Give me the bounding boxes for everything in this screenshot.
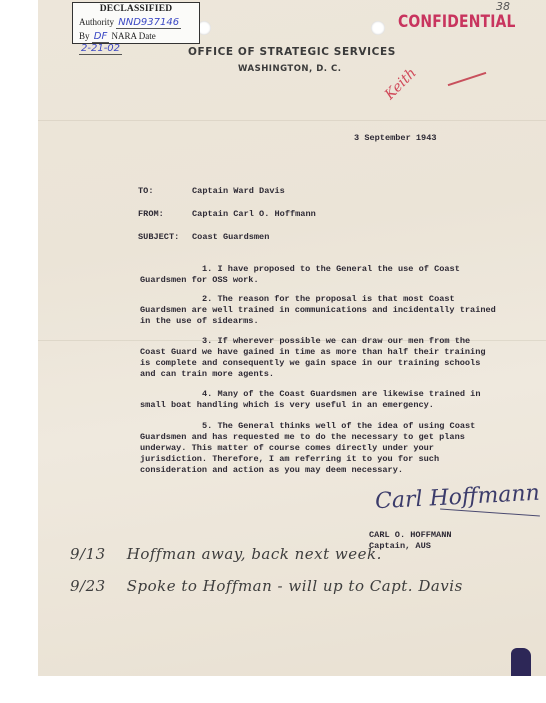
stamp-title: DECLASSIFIED bbox=[73, 4, 199, 14]
stamp-nara-date-value: 2-21-02 bbox=[79, 43, 122, 55]
memo-paragraph-4: 4. Many of the Coast Guardsmen are likew… bbox=[140, 389, 500, 411]
stamp-authority-row: Authority NND937146 bbox=[79, 17, 181, 29]
note-date: 9/13 bbox=[70, 545, 106, 563]
note-text: Hoffman away, back next week. bbox=[127, 545, 382, 563]
stamp-authority-value: NND937146 bbox=[116, 17, 181, 29]
paragraph-text: 4. Many of the Coast Guardsmen are likew… bbox=[140, 389, 500, 411]
subject-value: Coast Guardsmen bbox=[192, 232, 269, 243]
memo-paragraph-5: 5. The General thinks well of the idea o… bbox=[140, 421, 500, 476]
letterhead: OFFICE OF STRATEGIC SERVICES WASHINGTON,… bbox=[188, 46, 408, 74]
stamp-by-label: By bbox=[79, 31, 90, 41]
signature-name: CARL O. HOFFMANN bbox=[369, 530, 452, 541]
declassified-stamp: DECLASSIFIED Authority NND937146 By DF N… bbox=[72, 2, 200, 44]
memo-paragraph-1: 1. I have proposed to the General the us… bbox=[140, 264, 500, 286]
stamp-by-row: By DF NARA Date 2-21-02 bbox=[79, 31, 199, 55]
memo-paragraph-2: 2. The reason for the proposal is that m… bbox=[140, 294, 500, 327]
memo-paragraph-3: 3. If wherever possible we can draw our … bbox=[140, 336, 500, 380]
note-text: Spoke to Hoffman - will up to Capt. Davi… bbox=[127, 577, 463, 595]
stamp-by-value: DF bbox=[92, 31, 109, 43]
paper-crease bbox=[38, 120, 546, 121]
handwritten-note-1: 9/13 Hoffman away, back next week. bbox=[70, 545, 382, 563]
classification-stamp: CONFIDENTIAL bbox=[398, 12, 516, 32]
to-value: Captain Ward Davis bbox=[192, 186, 285, 197]
handwritten-note-2: 9/23 Spoke to Hoffman - will up to Capt.… bbox=[70, 577, 463, 595]
to-label: TO: bbox=[138, 186, 153, 197]
letterhead-location: WASHINGTON, D. C. bbox=[238, 64, 408, 74]
ink-blot bbox=[511, 648, 531, 676]
letterhead-organization: OFFICE OF STRATEGIC SERVICES bbox=[188, 46, 408, 58]
note-date: 9/23 bbox=[70, 577, 106, 595]
paragraph-text: 2. The reason for the proposal is that m… bbox=[140, 294, 500, 327]
subject-label: SUBJECT: bbox=[138, 232, 179, 243]
paragraph-text: 5. The General thinks well of the idea o… bbox=[140, 421, 500, 476]
stamp-nara-date-label: NARA Date bbox=[111, 31, 155, 41]
from-value: Captain Carl O. Hoffmann bbox=[192, 209, 316, 220]
memo-date: 3 September 1943 bbox=[354, 133, 437, 144]
from-label: FROM: bbox=[138, 209, 164, 220]
paragraph-text: 3. If wherever possible we can draw our … bbox=[140, 336, 500, 380]
pencil-page-mark: 38 bbox=[496, 0, 510, 13]
paragraph-text: 1. I have proposed to the General the us… bbox=[140, 264, 500, 286]
punch-hole bbox=[371, 21, 385, 35]
stamp-authority-label: Authority bbox=[79, 17, 114, 27]
